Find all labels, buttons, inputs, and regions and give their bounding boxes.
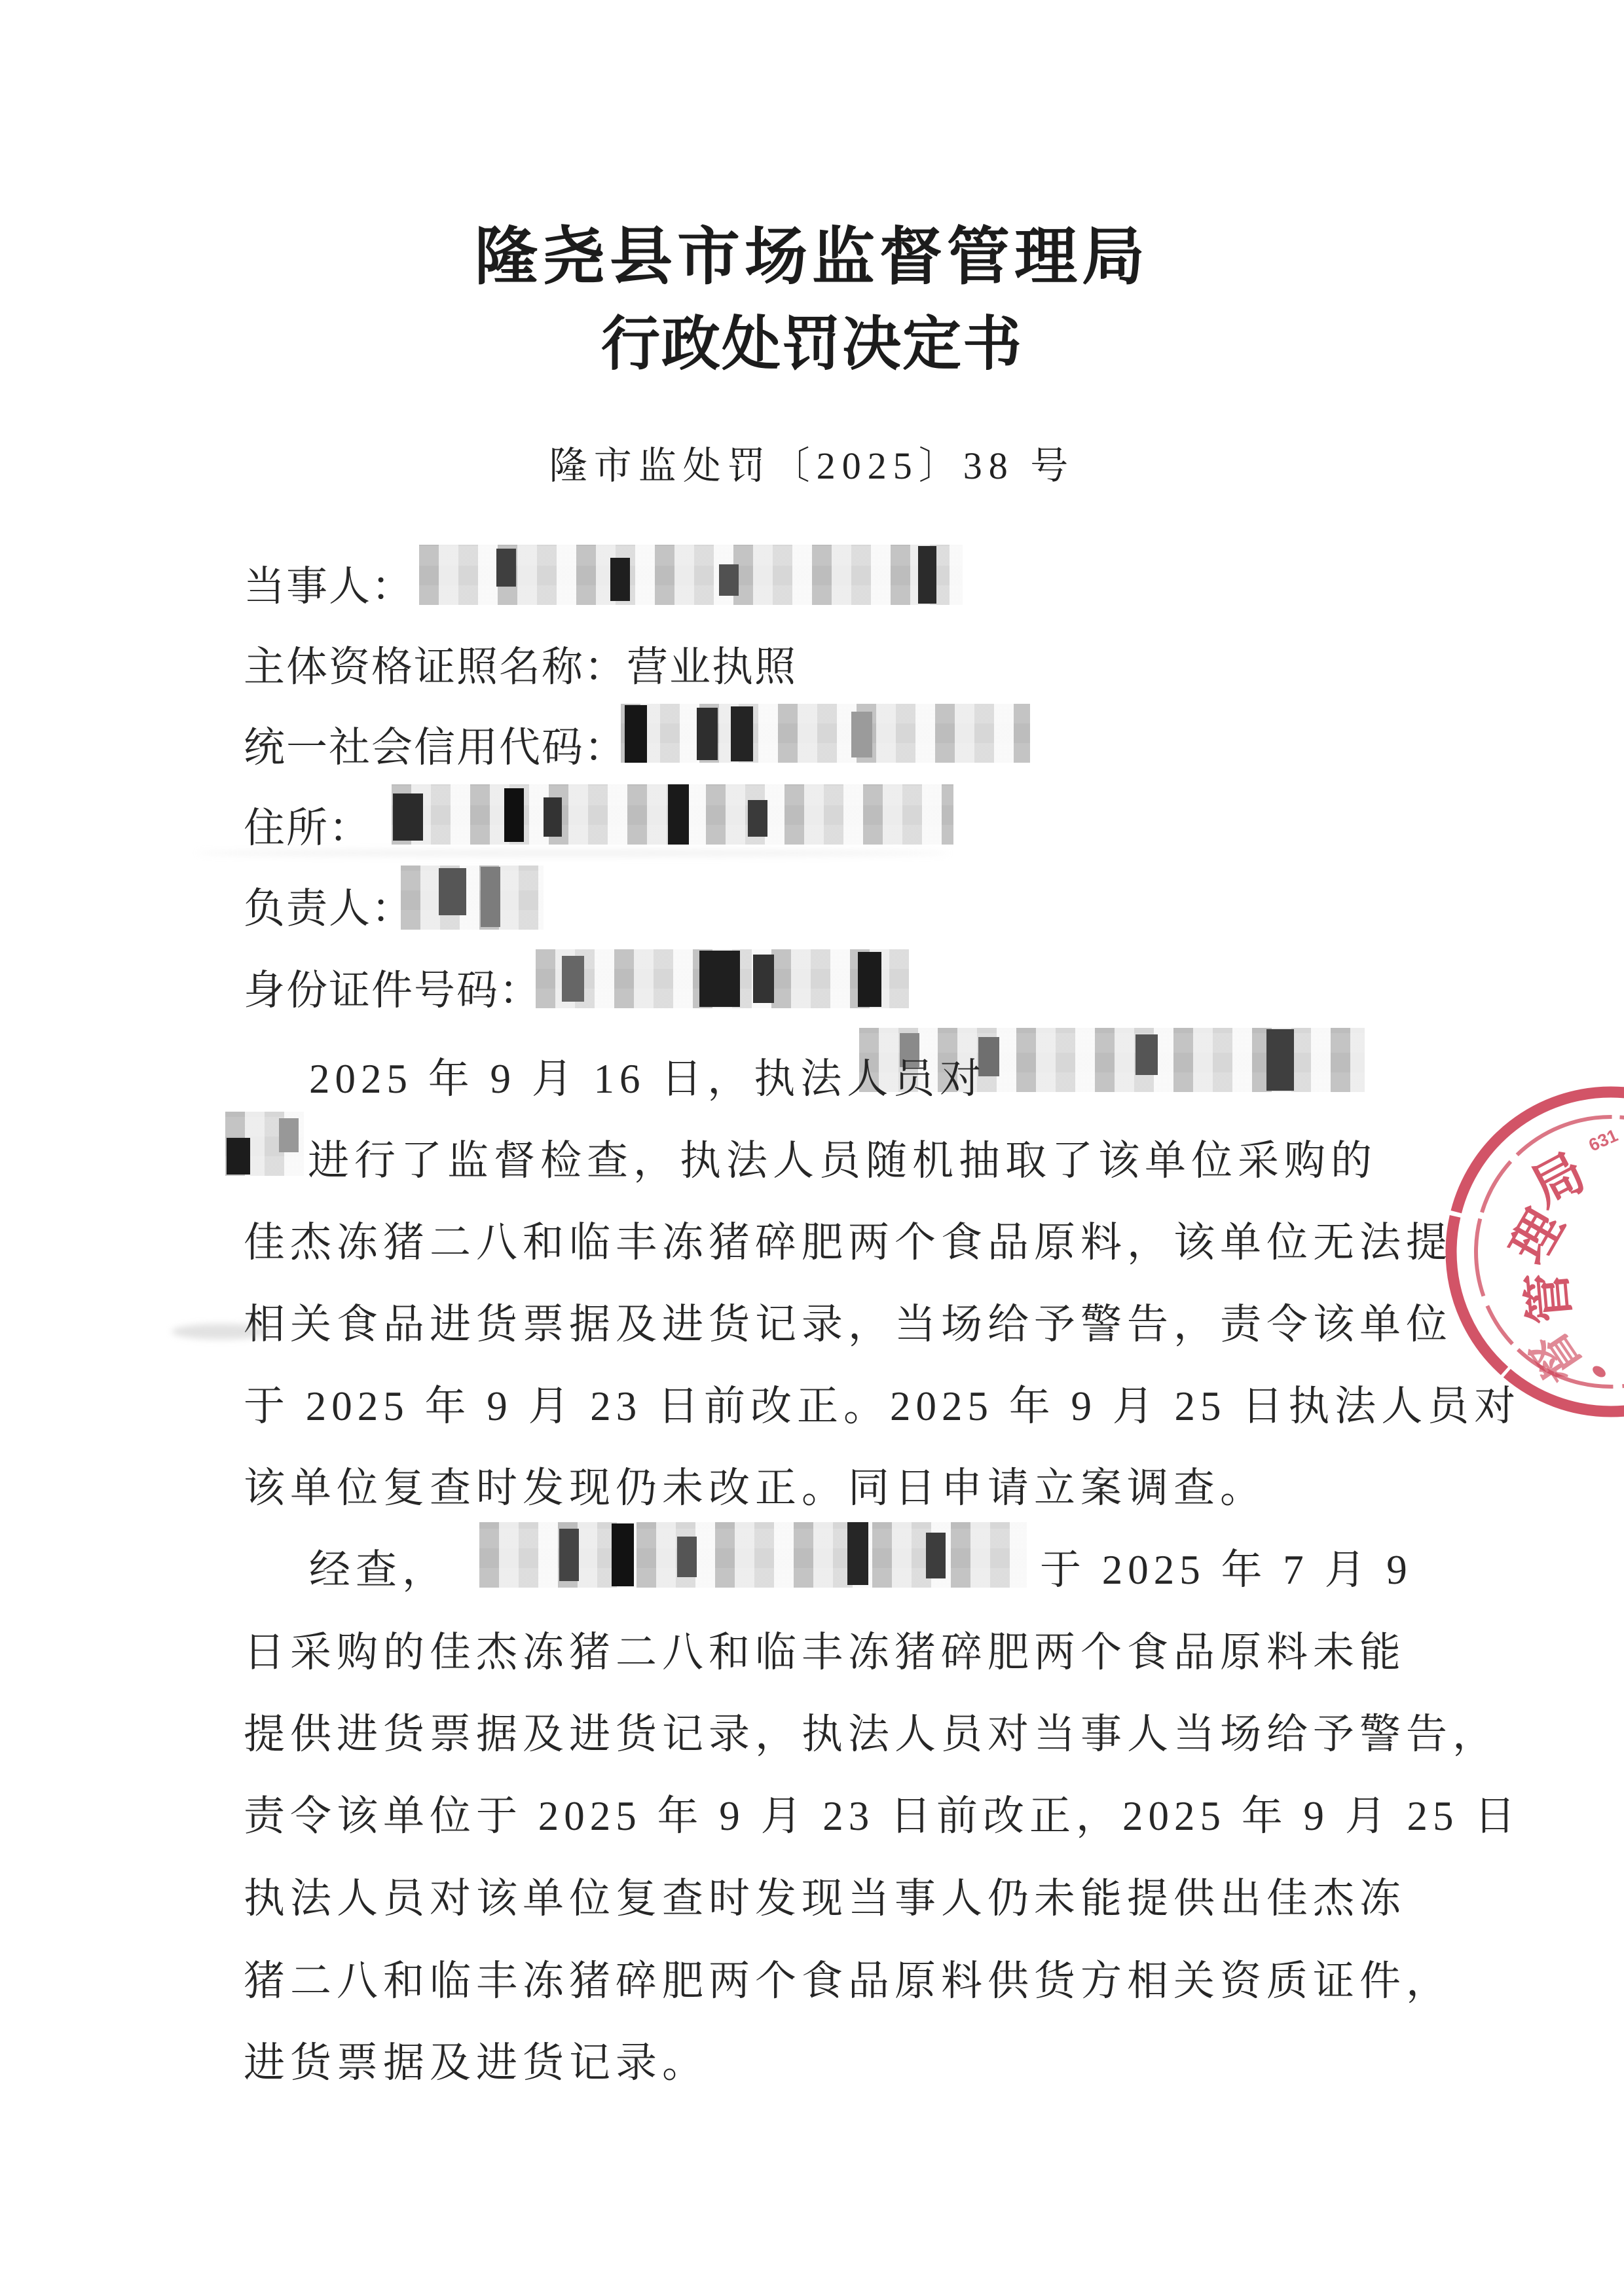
document-type-title: 行政处罚决定书 <box>0 296 1624 381</box>
redacted-address <box>392 784 953 845</box>
document-number: 隆市监处罚〔2025〕38 号 <box>0 435 1624 490</box>
field-license: 主体资格证照名称：营业执照 <box>244 638 797 697</box>
official-seal: 局 理 管 督 631 <box>1428 1067 1624 1434</box>
body-p2-line4: 责令该单位于 2025 年 9 月 23 日前改正，2025 年 9 月 25 … <box>244 1787 1521 1846</box>
body-p1-line4: 相关食品进货票据及进货记录，当场给予警告，责令该单位 <box>244 1295 1452 1355</box>
field-credit-code: 统一社会信用代码： <box>244 718 627 778</box>
body-p2-line3: 提供进货票据及进货记录，执法人员对当事人当场给予警告， <box>244 1705 1499 1764</box>
seal-char-li: 理 <box>1499 1200 1574 1273</box>
redacted-entity-name-2 <box>225 1112 304 1176</box>
redacted-entity-name-3 <box>479 1522 1027 1588</box>
seal-ink-blot <box>1591 1364 1608 1379</box>
seal-characters: 局 理 管 督 631 <box>1499 1125 1621 1392</box>
field-party: 当事人： <box>244 557 414 617</box>
license-label: 主体资格证照名称： <box>244 644 627 690</box>
body-p1-line2: 进行了监督检查，执法人员随机抽取了该单位采购的 <box>308 1131 1377 1191</box>
body-p1-line1: 2025 年 9 月 16 日，执法人员对 <box>309 1049 986 1109</box>
party-label: 当事人： <box>244 564 414 610</box>
principal-label: 负责人： <box>244 886 414 932</box>
body-p2-line1-pre: 经查， <box>309 1540 449 1600</box>
seal-char-guan: 管 <box>1518 1270 1579 1326</box>
field-id-number: 身份证件号码： <box>244 961 542 1021</box>
seal-serial-digits: 631 <box>1586 1125 1621 1156</box>
credit-code-label: 统一社会信用代码： <box>244 725 627 771</box>
body-p1-line3: 佳杰冻猪二八和临丰冻猪碎肥两个食品原料，该单位无法提 <box>244 1213 1452 1273</box>
body-p2-line1-post: 于 2025 年 7 月 9 <box>1040 1540 1412 1600</box>
license-value: 营业执照 <box>627 644 797 690</box>
address-label: 住所： <box>244 805 371 851</box>
id-number-label: 身份证件号码： <box>244 968 542 1013</box>
body-p2-line5: 执法人员对该单位复查时发现当事人仍未能提供出佳杰冻 <box>244 1869 1406 1929</box>
agency-title: 隆尧县市场监督管理局 <box>0 207 1624 297</box>
penalty-decision-document: 隆尧县市场监督管理局 行政处罚决定书 隆市监处罚〔2025〕38 号 当事人： … <box>0 0 1624 2296</box>
redacted-party-name <box>419 545 963 605</box>
body-p2-line7: 进货票据及进货记录。 <box>244 2033 709 2093</box>
field-address: 住所： <box>244 799 371 858</box>
scan-smudge <box>172 1324 270 1339</box>
body-p2-line2: 日采购的佳杰冻猪二八和临丰冻猪碎肥两个食品原料未能 <box>244 1623 1406 1683</box>
redacted-credit-code <box>621 704 1030 763</box>
redacted-id-number <box>536 949 909 1008</box>
body-p1-line5: 于 2025 年 9 月 23 日前改正。2025 年 9 月 25 日执法人员… <box>244 1377 1521 1436</box>
scan-streak <box>196 850 950 856</box>
body-p1-line6: 该单位复查时发现仍未改正。同日申请立案调查。 <box>244 1459 1266 1518</box>
body-p2-line6: 猪二八和临丰冻猪碎肥两个食品原料供货方相关资质证件， <box>244 1952 1452 2011</box>
seal-char-du: 督 <box>1521 1321 1593 1392</box>
redacted-principal <box>401 866 544 930</box>
field-principal: 负责人： <box>244 879 414 939</box>
